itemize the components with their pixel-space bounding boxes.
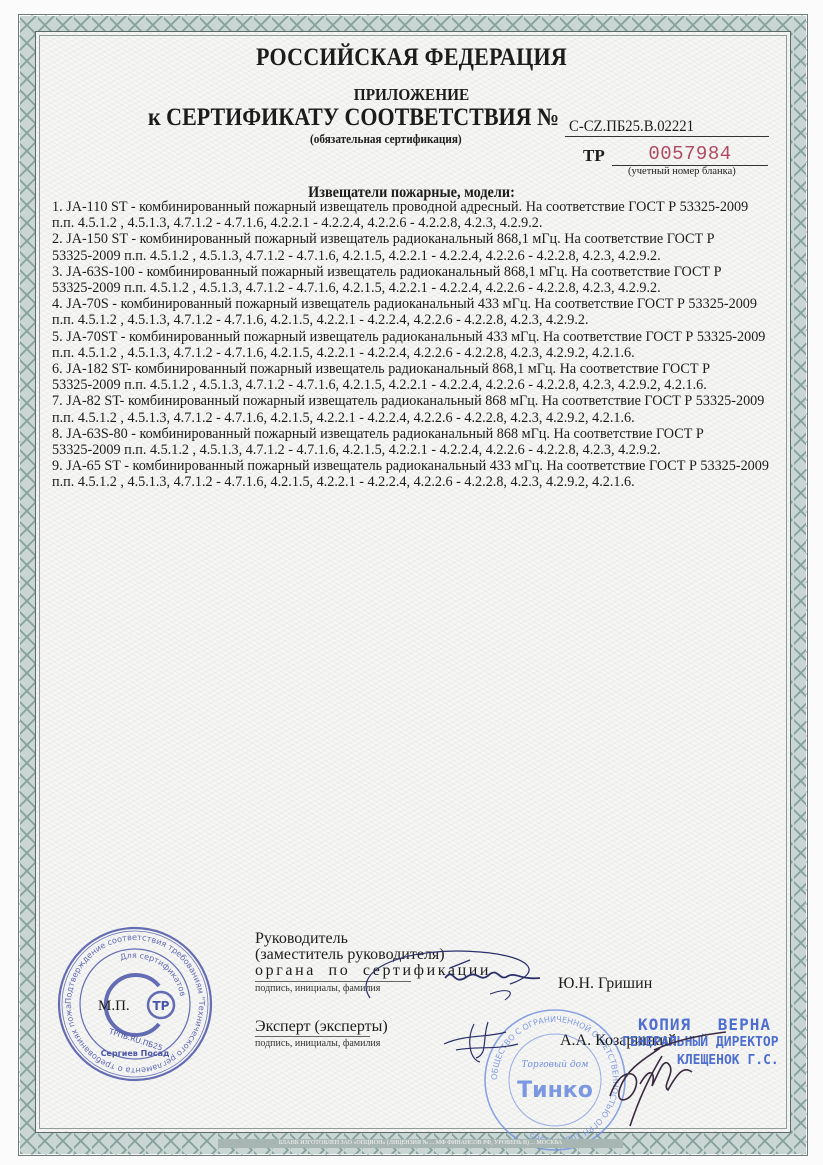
list-line: п.п. 4.5.1.2 , 4.5.1.3, 4.7.1.2 - 4.7.1.… — [52, 474, 772, 490]
certification-seal-icon: Подтверждение соответствия требованиям "… — [55, 924, 215, 1084]
svg-text:Торговый дом: Торговый дом — [522, 1060, 589, 1070]
list-line: п.п. 4.5.1.2 , 4.5.1.3, 4.7.1.2 - 4.7.1.… — [52, 345, 772, 361]
detector-models-list: 1. JA-110 ST - комбинированный пожарный … — [52, 199, 772, 491]
list-line: 53325-2009 п.п. 4.5.1.2 , 4.5.1.3, 4.7.1… — [52, 280, 772, 296]
signature-line — [255, 981, 411, 982]
svg-text:ТР: ТР — [153, 999, 170, 1013]
list-line: 8. JA-63S-80 - комбинированный пожарный … — [52, 426, 772, 442]
list-line: 2. JA-150 ST - комбинированный пожарный … — [52, 231, 772, 247]
list-line: 9. JA-65 ST - комбинированный пожарный и… — [52, 458, 772, 474]
signature-line — [255, 1036, 370, 1037]
company-seal-icon: ОБЩЕСТВО С ОГРАНИЧЕННОЙ ОТВЕТСТВЕННОСТЬЮ… — [480, 1005, 630, 1155]
list-line: п.п. 4.5.1.2 , 4.5.1.3, 4.7.1.2 - 4.7.1.… — [52, 215, 772, 231]
appendix-title: ПРИЛОЖЕНИЕ — [41, 85, 782, 105]
country-title: РОССИЙСКАЯ ФЕДЕРАЦИЯ — [49, 44, 773, 72]
list-line: 7. JA-82 ST- комбинированный пожарный из… — [52, 393, 772, 409]
expert-role: Эксперт (эксперты) — [255, 1018, 388, 1036]
list-line: п.п. 4.5.1.2 , 4.5.1.3, 4.7.1.2 - 4.7.1.… — [52, 410, 772, 426]
list-line: 4. JA-70S - комбинированный пожарный изв… — [52, 296, 772, 312]
list-line: 53325-2009 п.п. 4.5.1.2 , 4.5.1.3, 4.7.1… — [52, 442, 772, 458]
list-line: 1. JA-110 ST - комбинированный пожарный … — [52, 199, 772, 215]
signature-caption: подпись, инициалы, фамилия — [255, 983, 380, 994]
svg-text:Тинко: Тинко — [517, 1078, 593, 1103]
certification-type: (обязательная сертификация) — [310, 132, 462, 147]
list-line: п.п. 4.5.1.2 , 4.5.1.3, 4.7.1.2 - 4.7.1.… — [52, 312, 772, 328]
list-line: 3. JA-63S-100 - комбинированный пожарный… — [52, 264, 772, 280]
certificate-title: к СЕРТИФИКАТУ СООТВЕТСТВИЯ № — [148, 104, 559, 132]
signature-caption: подпись, инициалы, фамилия — [255, 1038, 380, 1049]
list-line: 53325-2009 п.п. 4.5.1.2 , 4.5.1.3, 4.7.1… — [52, 248, 772, 264]
printer-imprint: БЛАНК ИЗГОТОВЛЕН ЗАО «ОПЦИОН» (ЛИЦЕНЗИЯ … — [218, 1139, 623, 1148]
form-number: 0057984 — [612, 143, 768, 166]
head-of-certification-body-role: Руководитель (заместитель руководителя) … — [255, 931, 491, 979]
form-number-caption: (учетный номер бланка) — [628, 166, 736, 177]
svg-text:Сергиев Посад: Сергиев Посад — [101, 1049, 170, 1058]
certificate-number: С-CZ.ПБ25.В.02221 — [565, 118, 769, 137]
list-line: 53325-2009 п.п. 4.5.1.2 , 4.5.1.3, 4.7.1… — [52, 377, 772, 393]
tp-label: ТР — [583, 146, 605, 166]
certificate-content: РОССИЙСКАЯ ФЕДЕРАЦИЯ ПРИЛОЖЕНИЕ к СЕРТИФ… — [0, 0, 823, 1165]
list-line: 6. JA-182 ST- комбинированный пожарный и… — [52, 361, 772, 377]
copy-certified-stamp: КОПИЯ ВЕРНА ГЕНЕРАЛЬНЫЙ ДИРЕКТОР КЛЕЩЕНО… — [622, 1016, 779, 1070]
list-line: 5. JA-70ST - комбинированный пожарный из… — [52, 329, 772, 345]
seal-place-label: М.П. — [98, 998, 130, 1015]
head-name: Ю.Н. Гришин — [558, 975, 652, 993]
